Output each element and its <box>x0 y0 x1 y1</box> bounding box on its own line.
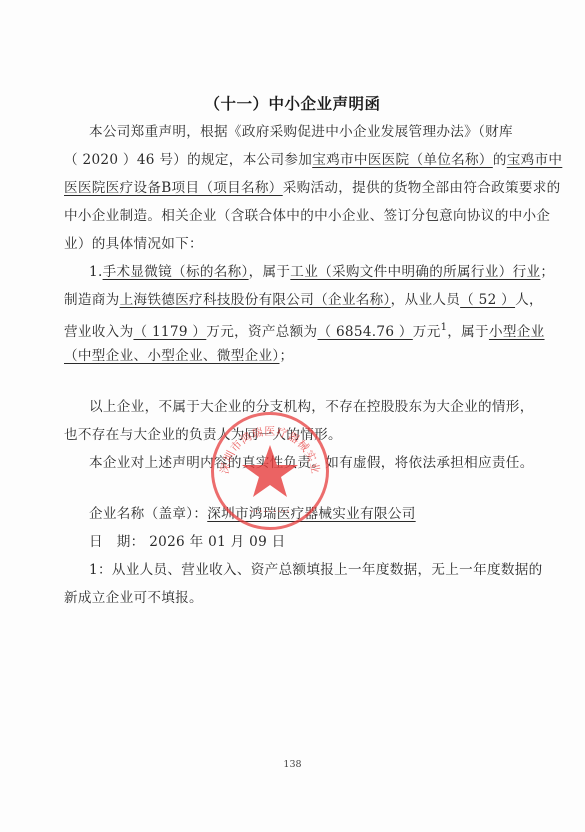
date-label: 日 期： <box>89 534 145 550</box>
paragraph1-line2: （ 2020 ）46 号）的规定，本公司参加宝鸡市中医医院（单位名称）的宝鸡市中 <box>64 150 524 170</box>
company-name: 深圳市鸿瑞医疗器械实业有限公司 <box>207 506 415 522</box>
subject-name: 手术显微镜（标的名称） <box>103 264 249 280</box>
document-page: （十一）中小企业声明函 本公司郑重声明，根据《政府采购促进中小企业发展管理办法》… <box>0 0 585 832</box>
employees-unit: 人， <box>515 292 543 308</box>
manufacturer-name: 上海铁德医疗科技股份有限公司（企业名称） <box>120 292 391 308</box>
size-label: ，属于 <box>447 324 489 340</box>
paragraph2-line1: 以上企业，不属于大企业的分支机构，不存在控股股东为大企业的情形， <box>89 397 524 417</box>
employees-value: （ 52 ） <box>460 292 515 308</box>
footnote-line1: 1：从业人员、营业收入、资产总额填报上一年度数据，无上一年度数据的 <box>89 560 524 580</box>
paragraph1-line3: 医医院医疗设备B项目（项目名称）采购活动，提供的货物全部由符合政策要求的 <box>64 178 524 198</box>
purchaser-name: 宝鸡市中医医院（单位名称） <box>312 152 493 168</box>
paragraph1-line5: 业）的具体情况如下： <box>64 234 524 254</box>
item-number: 1. <box>89 264 103 280</box>
manufacturer-label: 制造商为 <box>64 292 120 308</box>
item1-line2: 制造商为上海铁德医疗科技股份有限公司（企业名称），从业人员（ 52 ）人， <box>64 290 524 310</box>
enterprise-size: 小型企业 <box>489 324 545 340</box>
item1-line1: 1.手术显微镜（标的名称），属于工业（采购文件中明确的所属行业）行业； <box>89 262 524 282</box>
item1-line3: 营业收入为（ 1179 ）万元，资产总额为（ 6854.76 ）万元1，属于小型… <box>64 318 524 342</box>
page-number: 138 <box>0 759 585 770</box>
company-label: 企业名称（盖章）： <box>89 506 207 522</box>
size-options: （中型企业、小型企业、微型企业） <box>64 348 280 364</box>
footnote-line2: 新成立企业可不填报。 <box>64 588 524 608</box>
paragraph2-line2: 也不存在与大企业的负责人为同一人的情形。 <box>64 425 524 445</box>
belongs-text: ，属于 <box>249 264 291 280</box>
project-name-part2: 医医院医疗设备B项目（项目名称） <box>64 180 283 196</box>
revenue-label: 营业收入为 <box>64 324 133 340</box>
employees-label: ，从业人员 <box>391 292 460 308</box>
connector-text: 的 <box>493 152 507 168</box>
date-value: 2026 年 01 月 09 日 <box>149 534 285 550</box>
procurement-text: 采购活动，提供的货物全部由符合政策要求的 <box>283 180 561 196</box>
item1-line4: （中型企业、小型企业、微型企业）； <box>64 346 524 366</box>
paragraph3: 本企业对上述声明内容的真实性负责。如有虚假，将依法承担相应责任。 <box>89 453 524 473</box>
paragraph1-line4: 中小企业制造。相关企业（含联合体中的中小企业、签订分包意向协议的中小企 <box>64 206 524 226</box>
revenue-value: （ 1179 ） <box>133 324 206 340</box>
project-name-part1: 宝鸡市中 <box>507 152 563 168</box>
assets-unit: 万元 <box>413 324 441 340</box>
date-line: 日 期： 2026 年 01 月 09 日 <box>89 532 524 552</box>
signature-line: 企业名称（盖章）：深圳市鸿瑞医疗器械实业有限公司 <box>89 504 524 524</box>
assets-label: 万元，资产总额为 <box>206 324 317 340</box>
item-end: ； <box>280 348 294 364</box>
industry: 工业（采购文件中明确的所属行业）行业 <box>290 264 540 280</box>
legal-basis-text: （ 2020 ）46 号）的规定，本公司参加 <box>64 152 312 168</box>
assets-value: （ 6854.76 ） <box>317 324 412 340</box>
paragraph1-line1: 本公司郑重声明，根据《政府采购促进中小企业发展管理办法》（财库 <box>89 122 524 142</box>
semicolon: ； <box>540 264 554 280</box>
document-title: （十一）中小企业声明函 <box>0 92 585 114</box>
